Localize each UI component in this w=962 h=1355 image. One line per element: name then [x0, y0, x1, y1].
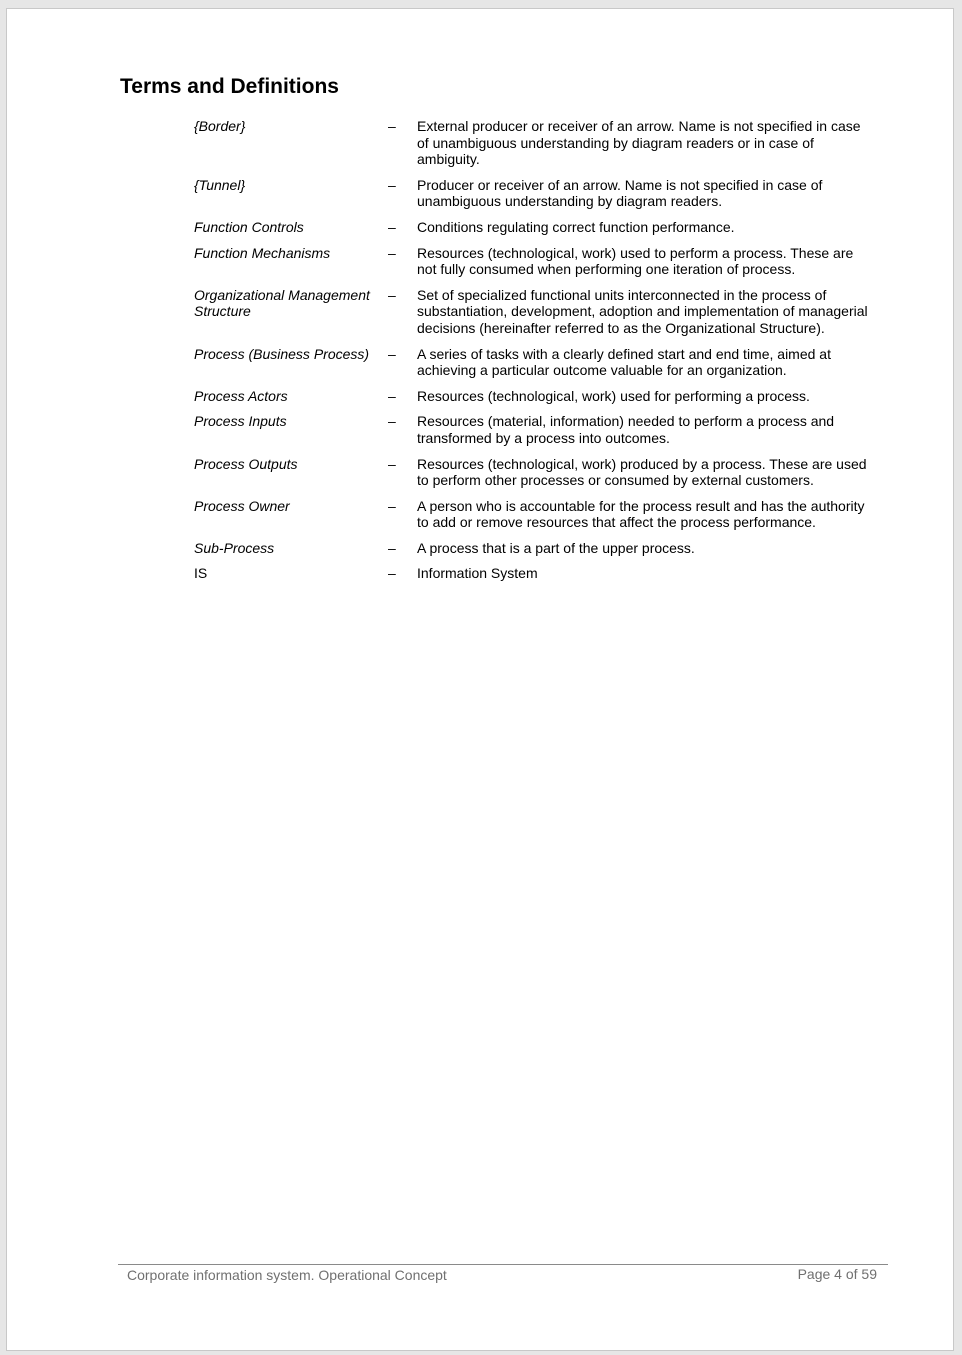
term-row: {Tunnel}–Producer or receiver of an arro…: [194, 177, 894, 210]
term-definition: Resources (technological, work) used for…: [417, 388, 872, 405]
document-page: Terms and Definitions {Border}–External …: [6, 8, 954, 1351]
term-name: Function Mechanisms: [194, 245, 388, 278]
term-definition: Conditions regulating correct function p…: [417, 219, 872, 236]
term-row: {Border}–External producer or receiver o…: [194, 118, 894, 168]
term-name: Sub-Process: [194, 540, 388, 557]
term-name: Process Outputs: [194, 456, 388, 489]
term-name: {Border}: [194, 118, 388, 168]
term-separator: –: [388, 456, 417, 489]
term-name: Process (Business Process): [194, 346, 388, 379]
term-separator: –: [388, 346, 417, 379]
term-name: Process Actors: [194, 388, 388, 405]
term-definition: External producer or receiver of an arro…: [417, 118, 872, 168]
term-definition: Information System: [417, 565, 872, 582]
term-row: Process Actors–Resources (technological,…: [194, 388, 894, 405]
term-definition: Set of specialized functional units inte…: [417, 287, 872, 337]
term-separator: –: [388, 388, 417, 405]
term-definition: A person who is accountable for the proc…: [417, 498, 872, 531]
term-separator: –: [388, 540, 417, 557]
term-row: Function Controls–Conditions regulating …: [194, 219, 894, 236]
term-definition: Resources (technological, work) used to …: [417, 245, 872, 278]
term-separator: –: [388, 287, 417, 337]
term-name: Organizational Management Structure: [194, 287, 388, 337]
term-row: Process Owner–A person who is accountabl…: [194, 498, 894, 531]
footer-page-number: Page 4 of 59: [798, 1266, 877, 1282]
term-separator: –: [388, 177, 417, 210]
term-separator: –: [388, 498, 417, 531]
term-name: {Tunnel}: [194, 177, 388, 210]
term-row: Sub-Process–A process that is a part of …: [194, 540, 894, 557]
section-heading: Terms and Definitions: [120, 75, 339, 99]
term-name: Process Inputs: [194, 413, 388, 446]
term-row: Function Mechanisms–Resources (technolog…: [194, 245, 894, 278]
term-definition: A series of tasks with a clearly defined…: [417, 346, 872, 379]
term-separator: –: [388, 413, 417, 446]
term-definition: A process that is a part of the upper pr…: [417, 540, 872, 557]
terms-list: {Border}–External producer or receiver o…: [194, 118, 894, 591]
term-separator: –: [388, 565, 417, 582]
term-separator: –: [388, 118, 417, 168]
term-row: Organizational Management Structure–Set …: [194, 287, 894, 337]
term-separator: –: [388, 245, 417, 278]
term-name: IS: [194, 565, 388, 582]
term-row: Process (Business Process)–A series of t…: [194, 346, 894, 379]
term-separator: –: [388, 219, 417, 236]
footer-document-title: Corporate information system. Operationa…: [127, 1267, 447, 1283]
footer-divider: [118, 1264, 888, 1265]
term-definition: Resources (technological, work) produced…: [417, 456, 872, 489]
term-row: Process Outputs–Resources (technological…: [194, 456, 894, 489]
term-definition: Resources (material, information) needed…: [417, 413, 872, 446]
term-row: IS–Information System: [194, 565, 894, 582]
term-definition: Producer or receiver of an arrow. Name i…: [417, 177, 872, 210]
term-name: Process Owner: [194, 498, 388, 531]
term-row: Process Inputs–Resources (material, info…: [194, 413, 894, 446]
term-name: Function Controls: [194, 219, 388, 236]
